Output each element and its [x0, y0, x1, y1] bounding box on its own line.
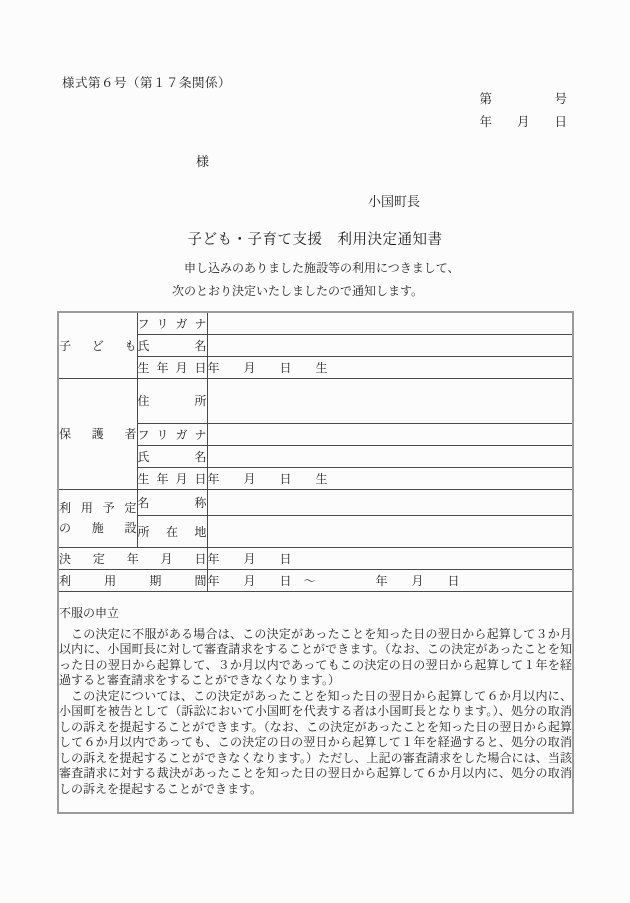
facility-name-value [207, 489, 573, 515]
guardian-address-label: 住所 [138, 392, 207, 409]
table-row: 不服の申立 この決定に不服がある場合は、この決定があったことを知った日の翌日から… [58, 591, 573, 813]
guardian-birthdate-value: 年 月 日 生 [207, 467, 573, 489]
document-page: 様式第６号（第１７条関係） 第 号 年 月 日 様 小国町長 子ども・子育て支援… [0, 0, 630, 903]
decision-date-value: 年 月 日 [207, 547, 573, 569]
child-name-value [207, 334, 573, 356]
facility-location-label-cell: 所在地 [137, 515, 207, 547]
child-group-label: 子ども [59, 337, 137, 354]
guardian-name-label-cell: 氏名 [137, 445, 207, 467]
appeal-paragraph-2: この決定については、この決定があったことを知った日の翌日から起算して６か月以内に… [59, 689, 572, 798]
page-title: 子ども・子育て支援 利用決定通知書 [0, 228, 630, 249]
guardian-name-label: 氏名 [138, 448, 207, 465]
guardian-furigana-label-cell: フリガナ [137, 423, 207, 445]
table-row: 決定年月日 年 月 日 [58, 547, 573, 569]
document-number-line: 第 号 [479, 88, 567, 111]
decision-table: 子ども フリガナ 氏名 生年月日 年 月 日 生 [57, 311, 574, 814]
intro-line-2: 次のとおり決定いたしましたので通知します。 [172, 280, 460, 303]
intro-line-1: 申し込みのありました施設等の利用につきまして、 [172, 257, 460, 280]
child-birthdate-value: 年 月 日 生 [207, 356, 573, 378]
table-row: 利用期間 年 月 日 ～ 年 月 日 [58, 569, 573, 591]
issuer-title: 小国町長 [368, 191, 420, 210]
guardian-address-value [207, 378, 573, 423]
facility-name-label-cell: 名称 [137, 489, 207, 515]
guardian-birthdate-label: 生年月日 [138, 470, 207, 487]
addressee-suffix: 様 [196, 151, 209, 170]
child-birthdate-label: 生年月日 [138, 359, 207, 376]
guardian-furigana-label: フリガナ [138, 426, 207, 443]
decision-date-label: 決定年月日 [59, 550, 207, 567]
guardian-address-label-cell: 住所 [137, 378, 207, 423]
facility-group-label-line2: の施設 [59, 518, 137, 538]
guardian-birthdate-label-cell: 生年月日 [137, 467, 207, 489]
usage-period-label: 利用期間 [59, 572, 207, 589]
usage-period-value: 年 月 日 ～ 年 月 日 [207, 569, 573, 591]
appeal-heading: 不服の申立 [59, 606, 572, 622]
child-furigana-label-cell: フリガナ [137, 312, 207, 334]
guardian-group-label: 保護者 [59, 425, 137, 442]
table-row: 利用予定 の施設 名称 [58, 489, 573, 515]
intro-paragraph: 申し込みのありました施設等の利用につきまして、 次のとおり決定いたしましたので通… [172, 257, 460, 302]
child-furigana-label: フリガナ [138, 315, 207, 332]
number-date-block: 第 号 年 月 日 [479, 88, 567, 133]
usage-period-label-cell: 利用期間 [58, 569, 207, 591]
issue-date-line: 年 月 日 [479, 111, 567, 134]
facility-group-label-cell: 利用予定 の施設 [58, 489, 137, 547]
facility-location-label: 所在地 [138, 523, 207, 540]
guardian-name-value [207, 445, 573, 467]
facility-group-label-line1: 利用予定 [59, 498, 137, 518]
table-row: 子ども フリガナ [58, 312, 573, 334]
guardian-group-label-cell: 保護者 [58, 378, 137, 489]
facility-location-value [207, 515, 573, 547]
facility-name-label: 名称 [138, 494, 207, 511]
guardian-furigana-value [207, 423, 573, 445]
child-name-label: 氏名 [138, 337, 207, 354]
appeal-section: 不服の申立 この決定に不服がある場合は、この決定があったことを知った日の翌日から… [58, 591, 573, 813]
child-birthdate-label-cell: 生年月日 [137, 356, 207, 378]
appeal-paragraph-1: この決定に不服がある場合は、この決定があったことを知った日の翌日から起算して３か… [59, 627, 572, 689]
form-number: 様式第６号（第１７条関係） [62, 73, 231, 91]
table-row: 保護者 住所 [58, 378, 573, 423]
child-furigana-value [207, 312, 573, 334]
child-name-label-cell: 氏名 [137, 334, 207, 356]
child-group-label-cell: 子ども [58, 312, 137, 378]
decision-date-label-cell: 決定年月日 [58, 547, 207, 569]
